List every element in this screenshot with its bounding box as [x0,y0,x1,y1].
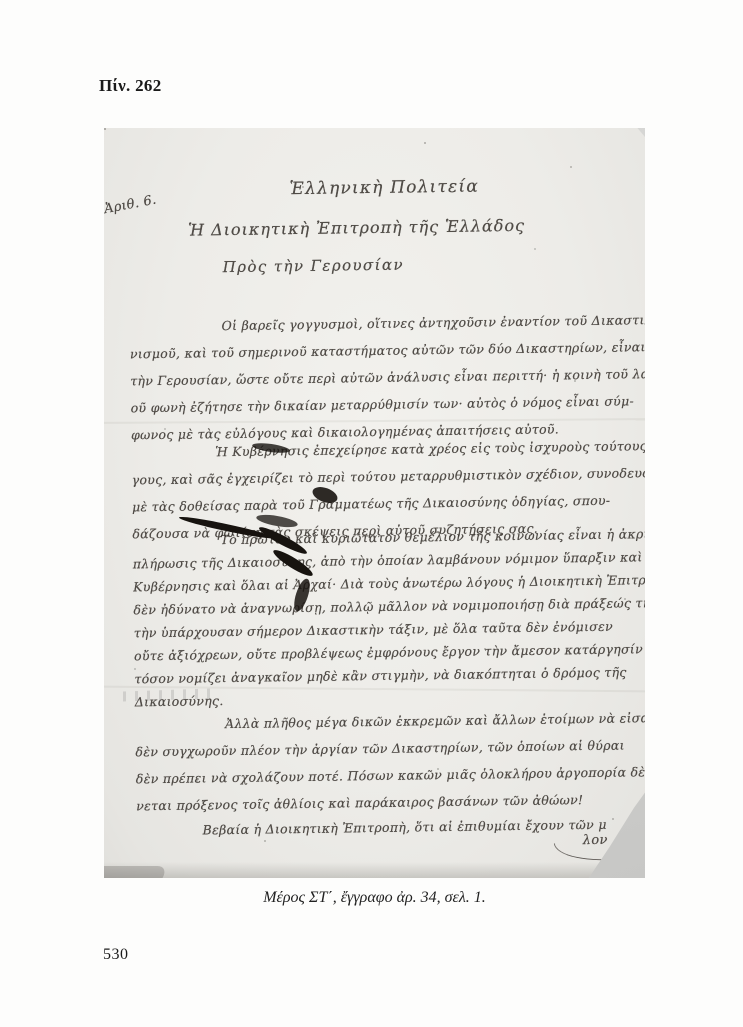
catchword: λον [561,832,633,863]
paper-edge-shadow [104,862,645,878]
paragraph-1: Οἱ βαρεῖς γογγυσμοὶ, οἵτινες ἀντηχοῦσιν … [129,306,645,449]
heading-line-2: Ἡ Διοικητικὴ Ἐπιτροπὴ τῆς Ἑλλάδος [188,216,525,240]
corner-shadow [104,866,169,878]
page-number: 530 [103,946,129,964]
handwriting-layer: Ἀριθ. 6. Ἑλληνικὴ Πολιτεία Ἡ Διοικητικὴ … [104,128,645,878]
heading-line-3: Πρὸς τὴν Γερουσίαν [223,256,404,277]
paper-specks [104,128,106,130]
paragraph-4: Ἀλλὰ πλῆθος μέγα δικῶν ἐκκρεμῶν καὶ ἄλλω… [135,704,645,820]
figure-caption: Μέρος ΣΤ΄, ἔγγραφο ἀρ. 34, σελ. 1. [104,889,645,907]
paragraph-3: Τὸ πρῶτον καὶ κυριώτατον θεμέλιον τῆς κο… [132,522,645,714]
catchword-text: λον [583,833,608,848]
heading-line-1: Ἑλληνικὴ Πολιτεία [289,177,479,200]
document-photo: Ἀριθ. 6. Ἑλληνικὴ Πολιτεία Ἡ Διοικητικὴ … [104,128,645,878]
margin-note: Ἀριθ. 6. [104,193,158,218]
manuscript-paper: Ἀριθ. 6. Ἑλληνικὴ Πολιτεία Ἡ Διοικητικὴ … [104,128,645,878]
plate-label: Πίν. 262 [99,76,162,96]
